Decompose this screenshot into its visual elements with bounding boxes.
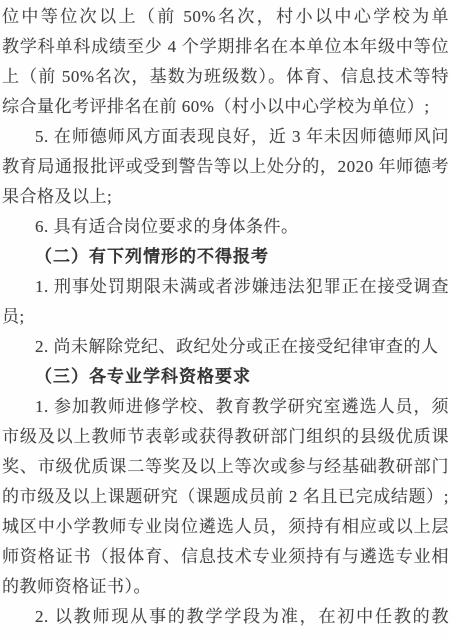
text-line: 6. 具有适合岗位要求的身体条件。 [2,212,449,242]
section-heading-iii: （三）各专业学科资格要求 [2,362,449,392]
text-line: 教育局通报批评或受到警告等以上处分的，2020 年师德考核结 [2,152,449,182]
text-line: 师资格证书（报体育、信息技术专业须持有与遴选专业相对应 [2,542,449,572]
text-line: 的教师资格证书）。 [2,572,449,602]
text-line: 教学科单科成绩至少 4 个学期排名在本单位本年级中等位次以 [2,32,449,62]
text-line: 1. 刑事处罚期限未满或者涉嫌违法犯罪正在接受调查的人 [2,272,449,302]
text-line: 奖、市级优质课二等奖及以上等次或参与经基础教研部门上报 [2,452,449,482]
text-line: 5. 在师德师风方面表现良好，近 3 年未因师德师风问题被 [2,122,449,152]
text-line: 2. 尚未解除党纪、政纪处分或正在接受纪律审查的人员。 [2,332,449,362]
text-line: 位中等位次以上（前 50%名次，村小以中心学校为单位），或所 [2,2,449,32]
text-line: 2. 以教师现从事的教学学段为准，在初中任教的教师，只 [2,602,449,632]
text-line: 城区中小学教师专业岗位遴选人员，须持有相应或以上层次教 [2,512,449,542]
section-heading-ii: （二）有下列情形的不得报考 [2,242,449,272]
text-line: 的市级及以上课题研究（课题成员前 2 名且已完成结题）; 参加 [2,482,449,512]
text-line: 综合量化考评排名在前 60%（村小以中心学校为单位）; [2,92,449,122]
text-line: 上（前 50%名次，基数为班级数）。体育、信息技术等特殊学科 [2,62,449,92]
text-line: 1. 参加教师进修学校、教育教学研究室遴选人员，须获得 [2,392,449,422]
text-line: 果合格及以上; [2,182,449,212]
text-line: 员; [2,302,449,332]
document-page: 位中等位次以上（前 50%名次，村小以中心学校为单位），或所 教学科单科成绩至少… [0,0,450,638]
text-line: 市级及以上教师节表彰或获得教研部门组织的县级优质课一等 [2,422,449,452]
